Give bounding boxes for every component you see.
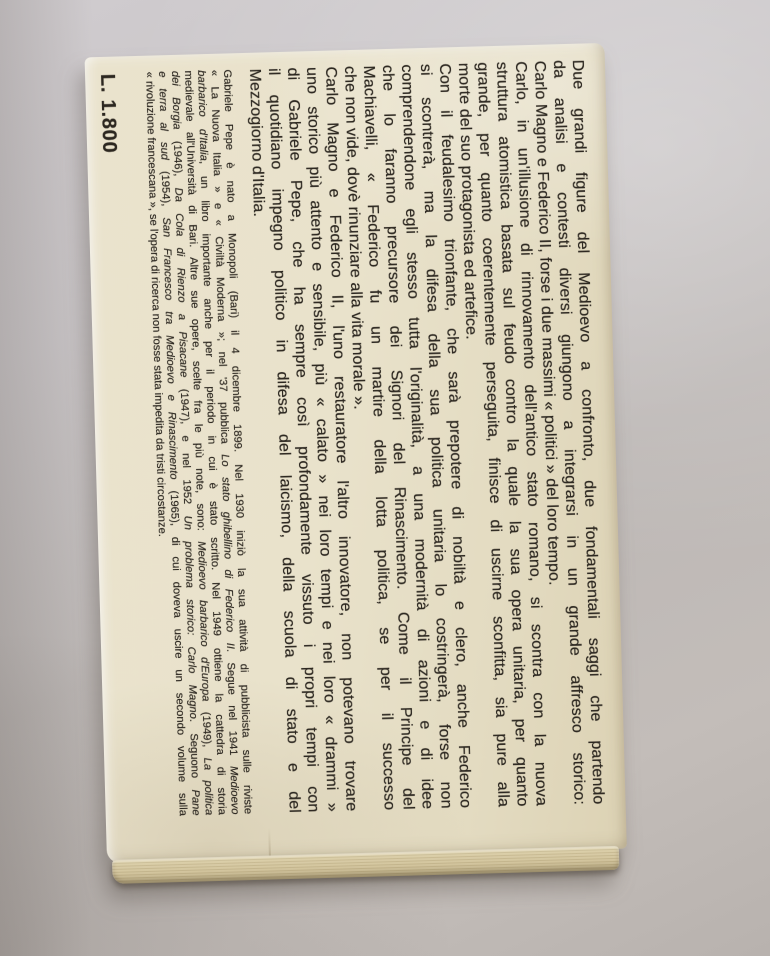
blurb-line: che non vide, dovè rinunziare alla vita … [340, 66, 380, 811]
bio-line: Gabriele Pepe è nato a Monopoli (Bari) i… [220, 69, 254, 814]
bio-line: dei Borgia (1946), Da Cola di Rienzo a P… [168, 71, 202, 816]
blurb-line: Carlo Magno e Federico II, forse i due m… [530, 60, 570, 805]
blurb-line: il quotidiano impegno politico in difesa… [264, 68, 304, 813]
book-pages-edge [112, 846, 619, 884]
blurb-line: Carlo, in un'illusione di rinnovamento d… [511, 61, 551, 806]
blurb-line: Due grandi figure del Medioevo a confron… [568, 59, 608, 804]
cover-crease [268, 829, 271, 859]
book-back-cover: Due grandi figure del Medioevo a confron… [85, 43, 627, 863]
bio-line: e terra al sud (1954), San Francesco tra… [155, 71, 189, 816]
blurb-text: Due grandi figure del Medioevo a confron… [245, 59, 608, 813]
price-label: L. 1.800 [95, 73, 120, 153]
blurb-line: da analisi e contesti diversi giungono a… [549, 60, 589, 805]
blurb-line: grande, per quanto coerentemente persegu… [473, 62, 513, 807]
blurb-line: che lo faranno precursore dei Signori de… [378, 65, 418, 810]
blurb-line: Carlo Magno e Federico II, l'uno restaur… [321, 66, 361, 811]
photo-background: Due grandi figure del Medioevo a confron… [0, 0, 770, 956]
blurb-line: struttura atomistica basata sul feudo co… [492, 62, 532, 807]
bio-line: barbarico d'Italia, un libro importante … [194, 70, 228, 815]
blurb-line: morte del suo protagonista ed artefice. [454, 63, 494, 808]
rotated-text-block: Due grandi figure del Medioevo a confron… [95, 59, 608, 817]
blurb-line: Mezzogiorno d'Italia. [245, 68, 285, 813]
blurb-line: uno storico più attento e sensibile, più… [302, 67, 342, 812]
blurb-line: Machiavelli, « Federico fu un martire de… [359, 65, 399, 810]
book: Due grandi figure del Medioevo a confron… [85, 43, 628, 884]
bio-line: medievale all'Università di Bari. Altre … [181, 70, 215, 815]
blurb-line: Con il feudalesimo trionfante, che sarà … [435, 63, 475, 808]
bio-line: « La Nuova Italia » e « Civiltà Moderna … [207, 70, 241, 815]
blurb-line: si scontrerà, ma la difesa della sua pol… [416, 64, 456, 809]
blurb-line: di Gabriele Pepe, che ha sempre così pro… [283, 67, 323, 812]
bio-line: « rivoluzione francescana », se l'opera … [142, 71, 176, 816]
author-bio-text: Gabriele Pepe è nato a Monopoli (Bari) i… [142, 69, 254, 816]
blurb-line: comprendendone egli stesso tutta l'origi… [397, 64, 437, 809]
